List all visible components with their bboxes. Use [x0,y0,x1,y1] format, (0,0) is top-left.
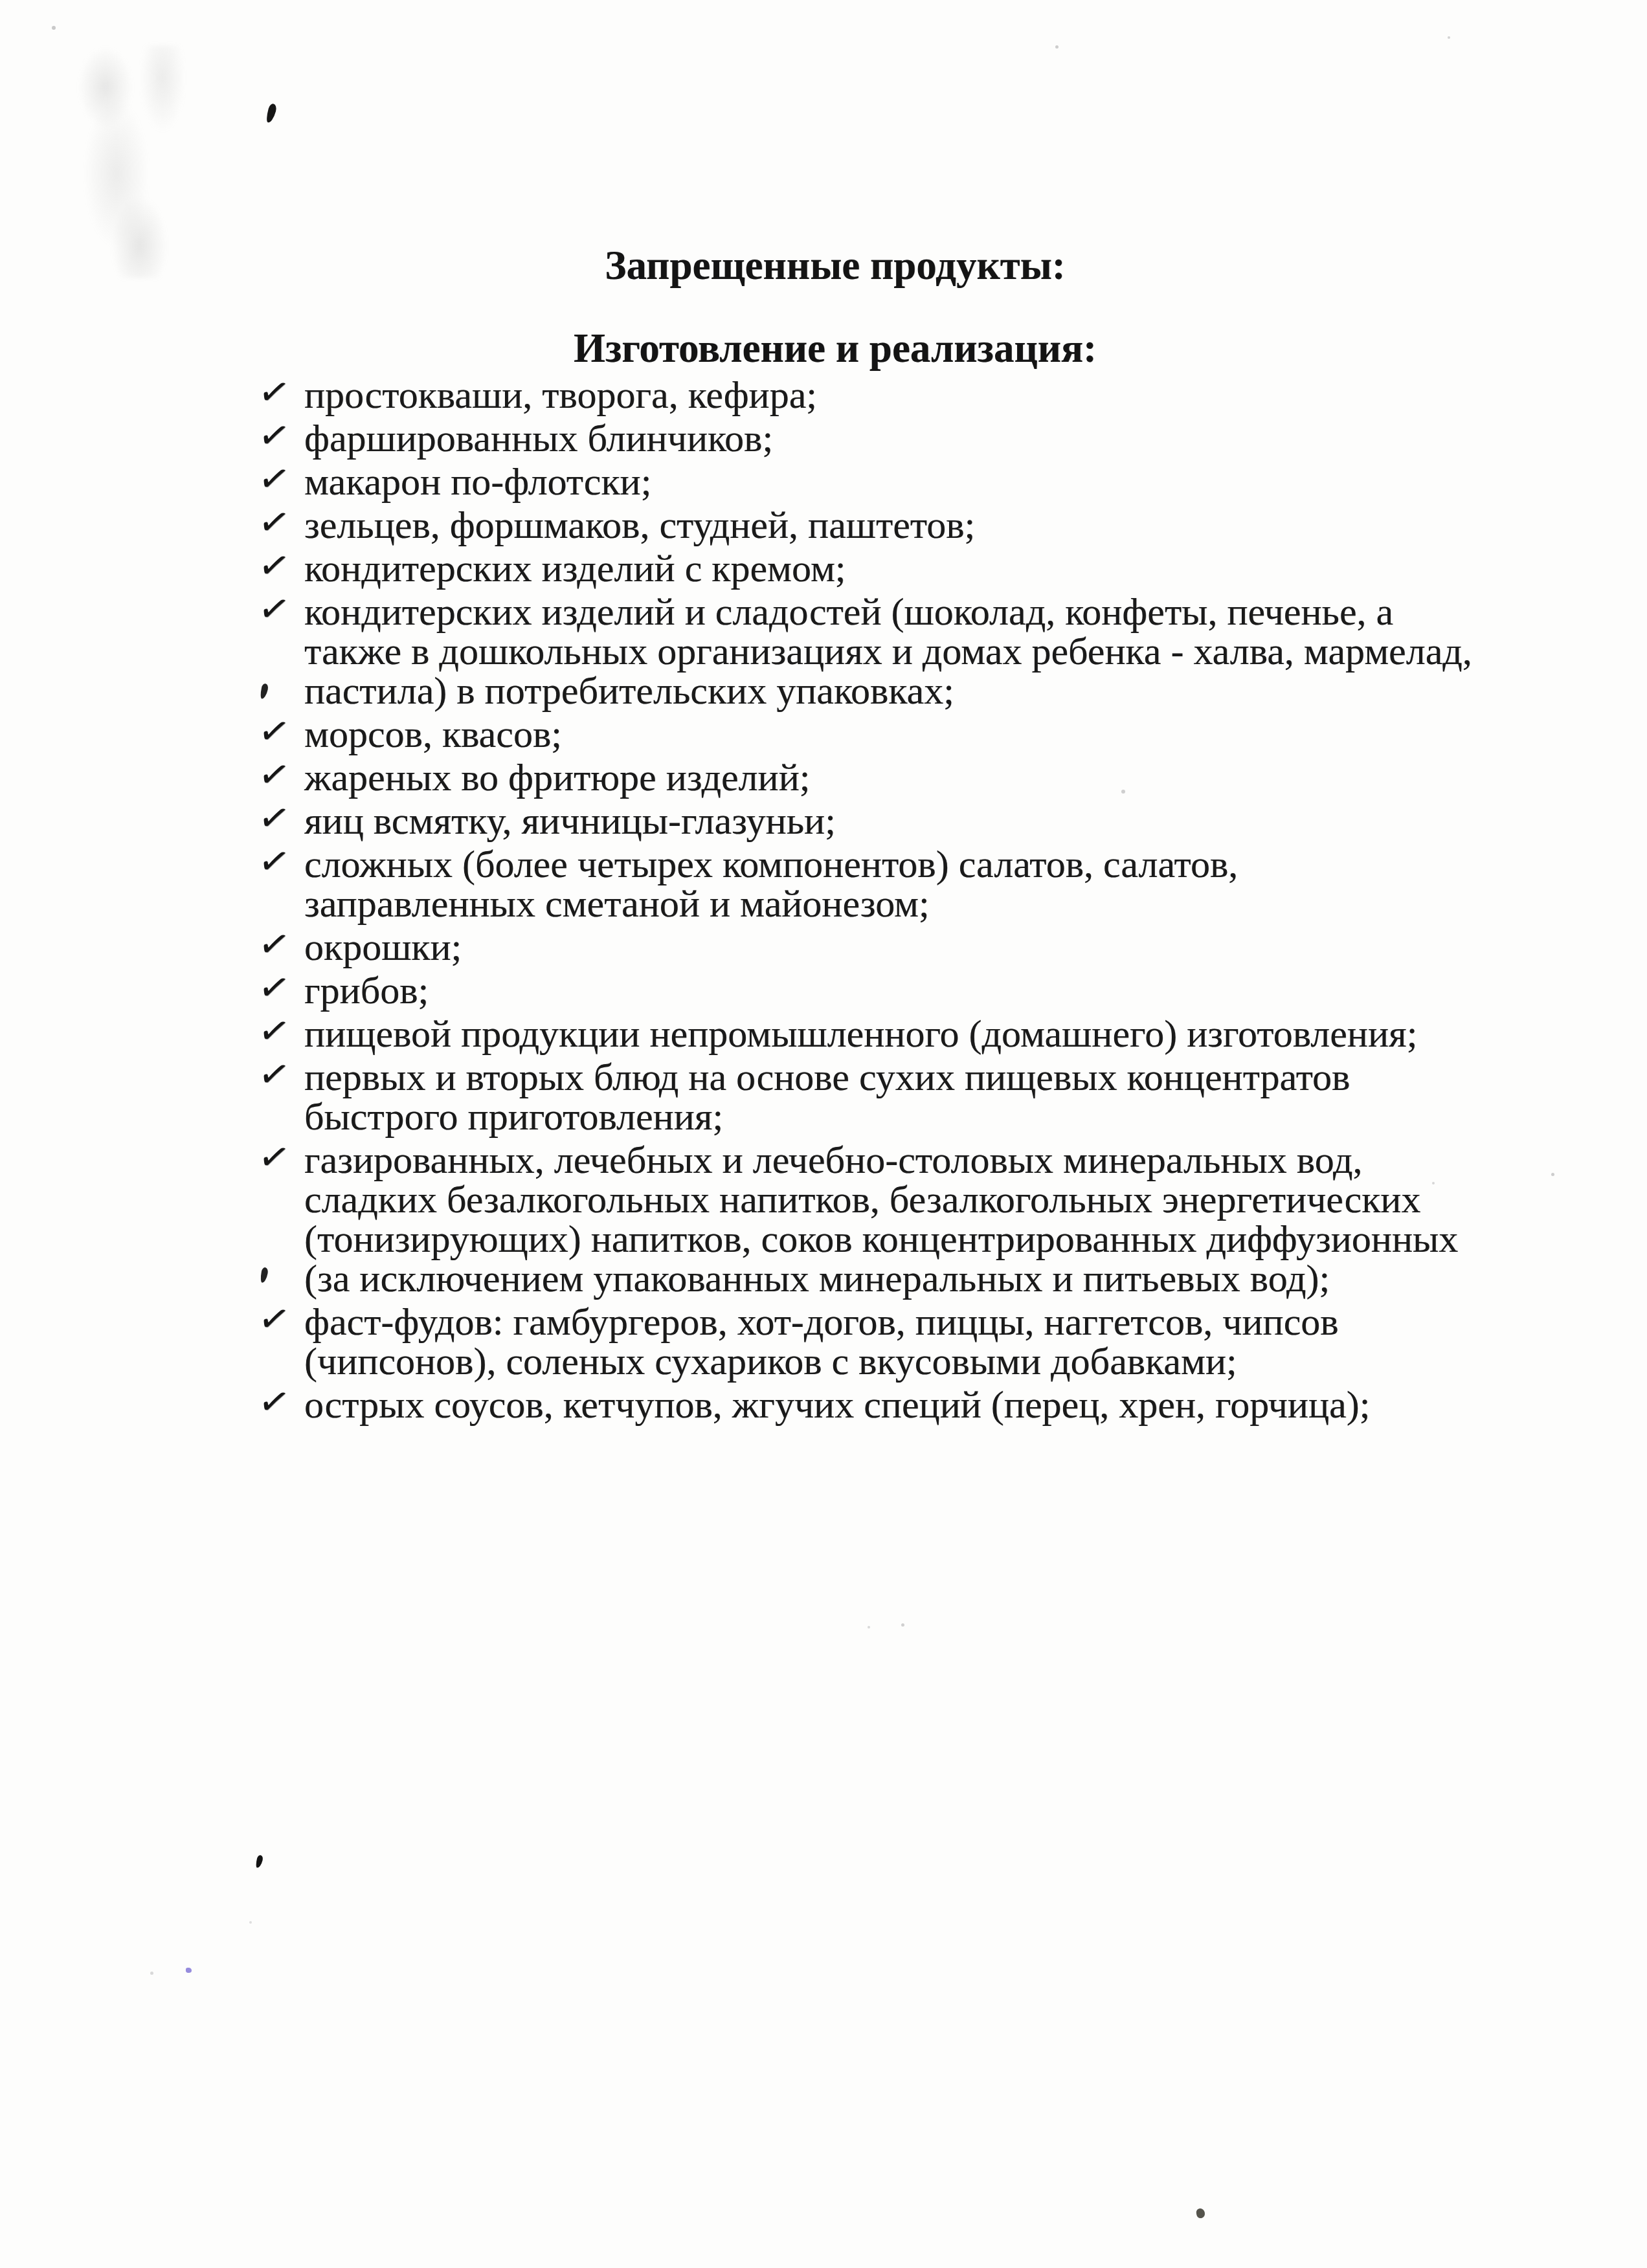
checkmark-bullet-icon: ✓ [255,458,293,500]
scan-mark [255,1854,264,1869]
scan-speck [1055,45,1059,49]
checkmark-bullet-icon: ✓ [255,501,293,544]
checkmark-bullet-icon: ✓ [255,710,293,753]
scan-mark [260,1267,269,1283]
list-item-text: окрошки; [304,928,1521,967]
checkmark-bullet-icon: ✓ [255,840,293,883]
checkmark-bullet-icon: ✓ [255,1381,293,1423]
list-item-text: морсов, квасов; [304,715,1521,754]
checkmark-bullet-icon: ✓ [255,414,293,457]
document-title: Запрещенные продукты: [259,242,1411,289]
scan-speck [1121,790,1125,794]
list-item: ✓ фаршированных блинчиков; [304,419,1521,458]
list-item: ✓ макарон по-флотски; [304,462,1521,502]
list-item-text: кондитерских изделий с кремом; [304,549,1521,588]
checkmark-bullet-icon: ✓ [255,371,293,414]
list-item-text: простокваши, творога, кефира; [304,375,1521,415]
checkmark-bullet-icon: ✓ [255,1010,293,1052]
scanned-document-page: Запрещенные продукты: Изготовление и реа… [0,0,1647,2268]
scan-mark [260,683,269,700]
checkmark-bullet-icon: ✓ [255,966,293,1009]
list-item-text: зельцев, форшмаков, студней, паштетов; [304,506,1521,545]
checkmark-bullet-icon: ✓ [255,588,293,630]
scan-speck [1551,1173,1554,1176]
list-item-text: пищевой продукции непромышленного (домаш… [304,1014,1521,1054]
scan-speck [249,1921,252,1924]
list-item: ✓ газированных, лечебных и лечебно-столо… [304,1140,1521,1298]
scan-speck [1432,1182,1435,1184]
list-item: ✓ первых и вторых блюд на основе сухих п… [304,1058,1521,1137]
list-item: ✓ окрошки; [304,928,1521,967]
list-item: ✓ грибов; [304,971,1521,1010]
list-item-text: фаст-фудов: гамбургеров, хот-догов, пицц… [304,1302,1521,1381]
scan-speck [901,1623,904,1627]
checkmark-bullet-icon: ✓ [255,1053,293,1096]
list-item: ✓ простокваши, творога, кефира; [304,375,1521,415]
list-item: ✓ кондитерских изделий с кремом; [304,549,1521,588]
scan-speck [868,1626,870,1629]
prohibited-products-list: ✓ простокваши, творога, кефира; ✓ фаршир… [304,375,1521,1429]
list-item: ✓ пищевой продукции непромышленного (дом… [304,1014,1521,1054]
list-item-text: макарон по-флотски; [304,462,1521,502]
list-item: ✓ фаст-фудов: гамбургеров, хот-догов, пи… [304,1302,1521,1381]
list-item: ✓ зельцев, форшмаков, студней, паштетов; [304,506,1521,545]
checkmark-bullet-icon: ✓ [255,544,293,587]
list-item-text: фаршированных блинчиков; [304,419,1521,458]
scan-speck [1196,2208,1205,2219]
list-item-text: газированных, лечебных и лечебно-столовы… [304,1140,1521,1298]
scan-smudge [65,45,201,278]
list-item: ✓ яиц всмятку, яичницы-глазуньи; [304,801,1521,841]
list-item: ✓ жареных во фритюре изделий; [304,758,1521,797]
list-item: ✓ кондитерских изделий и сладостей (шоко… [304,592,1521,711]
list-item: ✓ морсов, квасов; [304,715,1521,754]
scan-speck [150,1972,153,1975]
scan-speck [52,26,56,30]
list-item: ✓ острых соусов, кетчупов, жгучих специй… [304,1385,1521,1425]
list-item-text: первых и вторых блюд на основе сухих пищ… [304,1058,1521,1137]
list-item-text: кондитерских изделий и сладостей (шокола… [304,592,1521,711]
checkmark-bullet-icon: ✓ [255,753,293,796]
list-item-text: грибов; [304,971,1521,1010]
list-item-text: сложных (более четырех компонентов) сала… [304,845,1521,924]
list-item-text: острых соусов, кетчупов, жгучих специй (… [304,1385,1521,1425]
section-heading: Изготовление и реализация: [259,325,1411,372]
checkmark-bullet-icon: ✓ [255,1298,293,1340]
scan-mark [265,103,277,124]
checkmark-bullet-icon: ✓ [255,797,293,839]
list-item: ✓ сложных (более четырех компонентов) са… [304,845,1521,924]
list-item-text: жареных во фритюре изделий; [304,758,1521,797]
scan-speck [1448,36,1450,39]
checkmark-bullet-icon: ✓ [255,1136,293,1179]
list-item-text: яиц всмятку, яичницы-глазуньи; [304,801,1521,841]
checkmark-bullet-icon: ✓ [255,923,293,966]
ink-speck [186,1968,192,1973]
